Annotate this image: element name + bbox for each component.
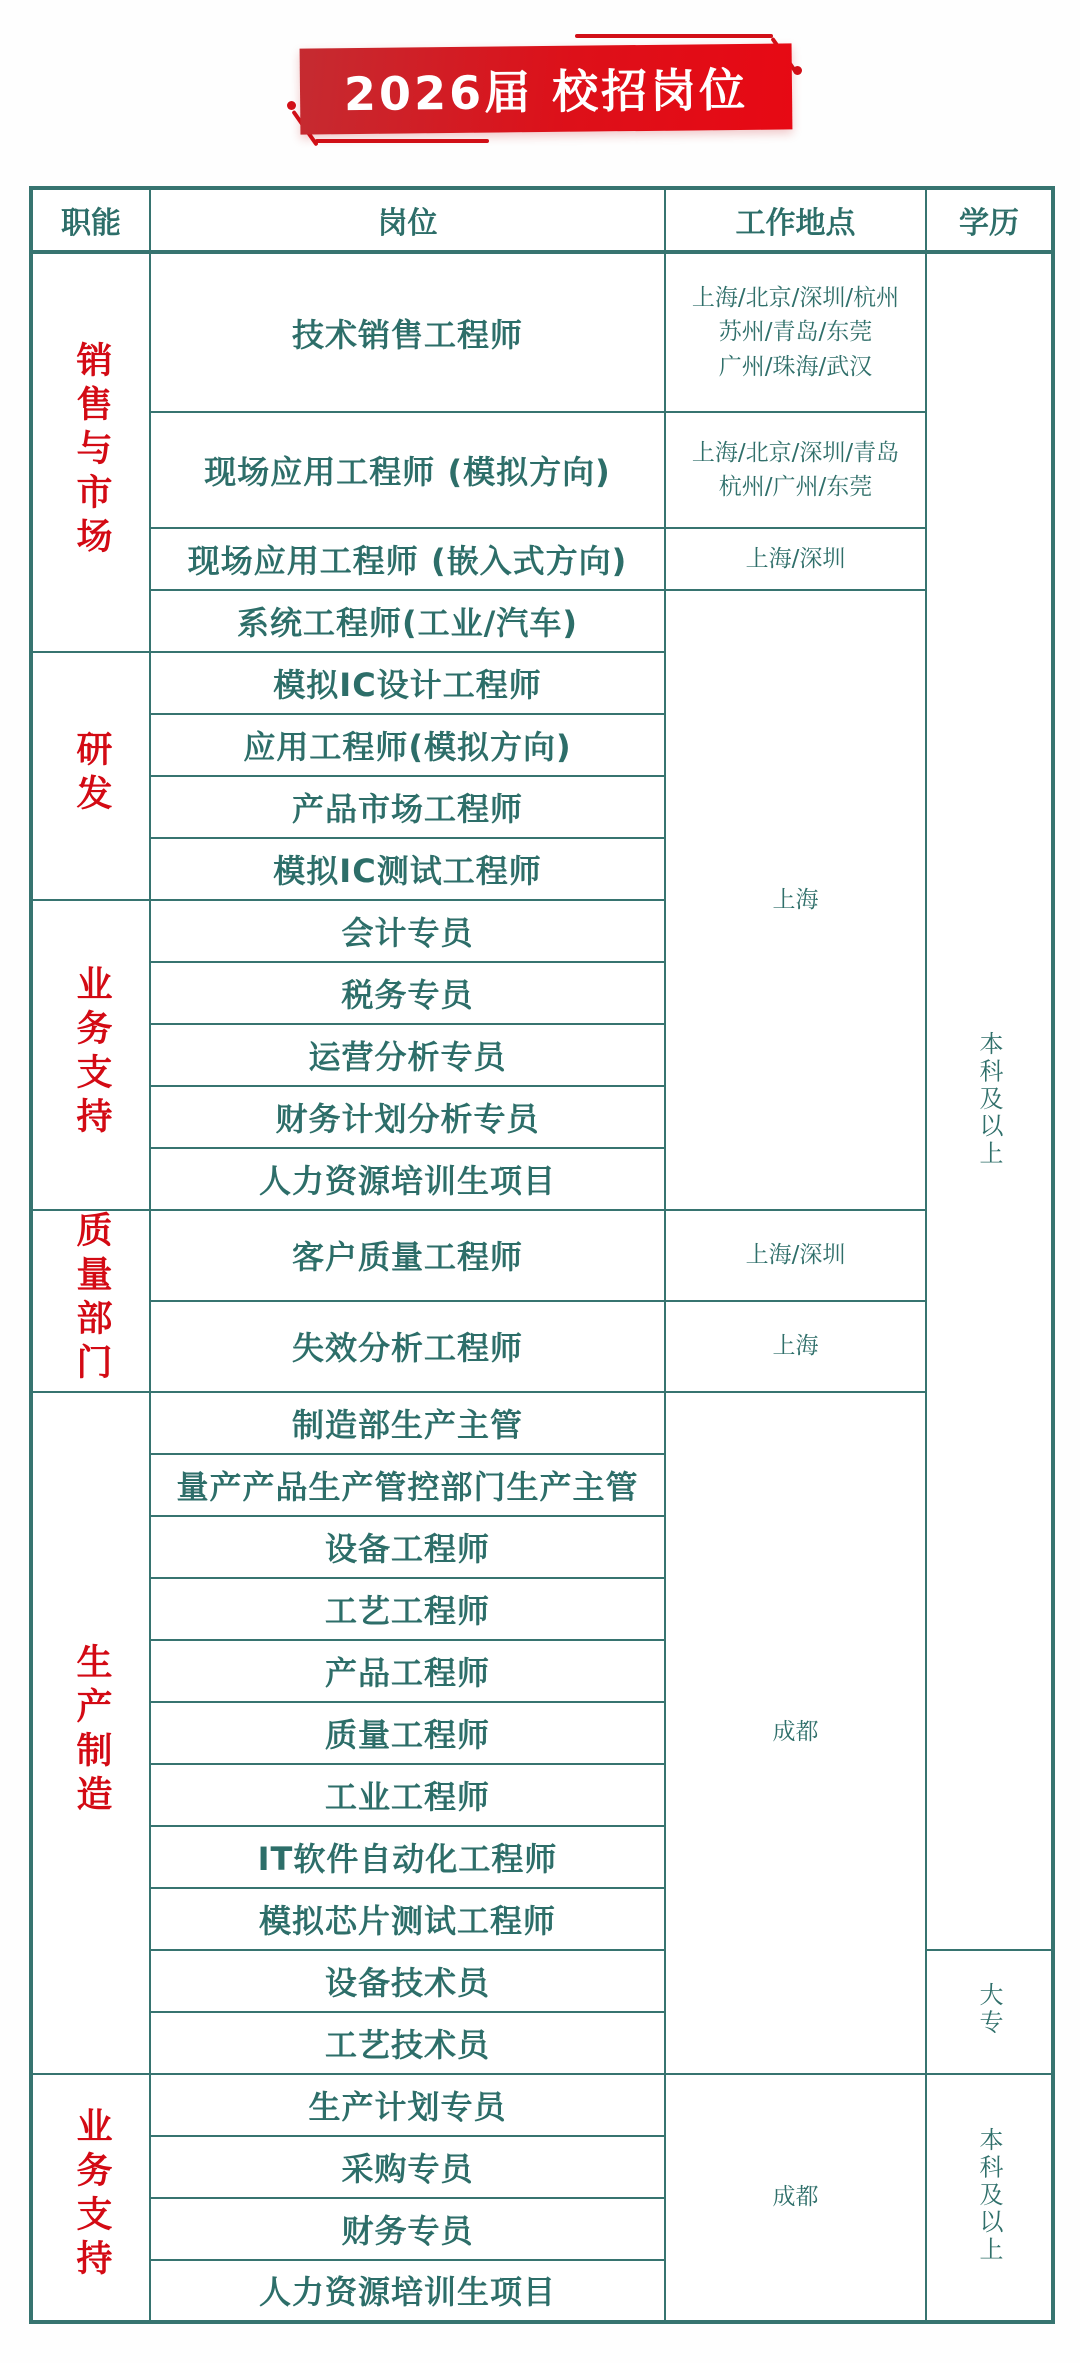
header-row: 职能岗位工作地点学历 bbox=[31, 188, 1053, 252]
position-cell: 现场应用工程师 (模拟方向) bbox=[150, 412, 665, 528]
table-header: 职能岗位工作地点学历 bbox=[31, 188, 1053, 252]
jobs-table: 职能岗位工作地点学历 销售与市场技术销售工程师上海/北京/深圳/杭州苏州/青岛/… bbox=[29, 186, 1055, 2324]
function-cell: 销售与市场 bbox=[31, 252, 150, 652]
poster-page: 2026届 校招岗位 职能岗位工作地点学历 销售与市场技术销售工程师上海/北京/… bbox=[0, 0, 1080, 2363]
location-cell: 上海 bbox=[665, 590, 926, 1210]
location-line: 上海 bbox=[670, 1329, 921, 1364]
location-line: 上海/北京/深圳/青岛 bbox=[670, 436, 921, 471]
location-cell: 上海/北京/深圳/杭州苏州/青岛/东莞广州/珠海/武汉 bbox=[665, 252, 926, 412]
table-row: 现场应用工程师 (嵌入式方向)上海/深圳 bbox=[31, 528, 1053, 590]
banner-accent-line-bottom bbox=[315, 139, 489, 143]
table-row: 业务支持生产计划专员成都本科及以上 bbox=[31, 2074, 1053, 2136]
location-line: 上海/深圳 bbox=[670, 1238, 921, 1273]
position-cell: 制造部生产主管 bbox=[150, 1392, 665, 1454]
location-cell: 上海/北京/深圳/青岛杭州/广州/东莞 bbox=[665, 412, 926, 528]
table-row: 生产制造制造部生产主管成都 bbox=[31, 1392, 1053, 1454]
location-cell: 上海 bbox=[665, 1301, 926, 1392]
position-cell: 产品市场工程师 bbox=[150, 776, 665, 838]
function-label: 质量部门 bbox=[73, 1211, 109, 1387]
function-cell: 生产制造 bbox=[31, 1392, 150, 2074]
page-title: 2026届 校招岗位 bbox=[344, 54, 749, 124]
location-line: 上海/北京/深圳/杭州 bbox=[670, 281, 921, 316]
function-label: 研发 bbox=[73, 730, 109, 818]
position-cell: 工艺工程师 bbox=[150, 1578, 665, 1640]
education-label: 大专 bbox=[977, 1982, 1001, 2037]
position-cell: 模拟IC设计工程师 bbox=[150, 652, 665, 714]
position-cell: 质量工程师 bbox=[150, 1702, 665, 1764]
position-cell: 设备技术员 bbox=[150, 1950, 665, 2012]
function-cell: 研发 bbox=[31, 652, 150, 900]
education-label: 本科及以上 bbox=[977, 2127, 1001, 2264]
title-banner: 2026届 校招岗位 bbox=[300, 43, 793, 134]
position-cell: 采购专员 bbox=[150, 2136, 665, 2198]
table-row: 失效分析工程师上海 bbox=[31, 1301, 1053, 1392]
location-line: 杭州/广州/东莞 bbox=[670, 470, 921, 505]
location-line: 苏州/青岛/东莞 bbox=[670, 315, 921, 350]
position-cell: 量产产品生产管控部门生产主管 bbox=[150, 1454, 665, 1516]
banner-accent-dot-top bbox=[793, 66, 802, 75]
location-line: 上海 bbox=[670, 883, 921, 918]
position-cell: 生产计划专员 bbox=[150, 2074, 665, 2136]
position-cell: IT软件自动化工程师 bbox=[150, 1826, 665, 1888]
location-line: 上海/深圳 bbox=[670, 542, 921, 577]
table-body: 销售与市场技术销售工程师上海/北京/深圳/杭州苏州/青岛/东莞广州/珠海/武汉本… bbox=[31, 252, 1053, 2322]
location-line: 成都 bbox=[670, 2180, 921, 2215]
position-cell: 财务专员 bbox=[150, 2198, 665, 2260]
position-cell: 失效分析工程师 bbox=[150, 1301, 665, 1392]
banner-accent-dot-bottom bbox=[287, 101, 296, 110]
header-cell: 学历 bbox=[926, 188, 1053, 252]
position-cell: 税务专员 bbox=[150, 962, 665, 1024]
function-cell: 质量部门 bbox=[31, 1210, 150, 1392]
education-cell: 本科及以上 bbox=[926, 252, 1053, 1950]
function-cell: 业务支持 bbox=[31, 900, 150, 1210]
table-row: 销售与市场技术销售工程师上海/北京/深圳/杭州苏州/青岛/东莞广州/珠海/武汉本… bbox=[31, 252, 1053, 412]
position-cell: 模拟芯片测试工程师 bbox=[150, 1888, 665, 1950]
location-cell: 成都 bbox=[665, 1392, 926, 2074]
table-row: 系统工程师(工业/汽车)上海 bbox=[31, 590, 1053, 652]
education-cell: 本科及以上 bbox=[926, 2074, 1053, 2322]
position-cell: 运营分析专员 bbox=[150, 1024, 665, 1086]
position-cell: 工艺技术员 bbox=[150, 2012, 665, 2074]
education-label: 本科及以上 bbox=[977, 1031, 1001, 1168]
location-cell: 上海/深圳 bbox=[665, 1210, 926, 1301]
table-row: 质量部门客户质量工程师上海/深圳 bbox=[31, 1210, 1053, 1301]
position-cell: 人力资源培训生项目 bbox=[150, 1148, 665, 1210]
position-cell: 工业工程师 bbox=[150, 1764, 665, 1826]
position-cell: 人力资源培训生项目 bbox=[150, 2260, 665, 2322]
position-cell: 设备工程师 bbox=[150, 1516, 665, 1578]
position-cell: 系统工程师(工业/汽车) bbox=[150, 590, 665, 652]
position-cell: 客户质量工程师 bbox=[150, 1210, 665, 1301]
function-cell: 业务支持 bbox=[31, 2074, 150, 2322]
location-cell: 上海/深圳 bbox=[665, 528, 926, 590]
banner-accent-line-top bbox=[575, 34, 773, 38]
header-cell: 岗位 bbox=[150, 188, 665, 252]
position-cell: 技术销售工程师 bbox=[150, 252, 665, 412]
header-cell: 工作地点 bbox=[665, 188, 926, 252]
table-row: 现场应用工程师 (模拟方向)上海/北京/深圳/青岛杭州/广州/东莞 bbox=[31, 412, 1053, 528]
location-cell: 成都 bbox=[665, 2074, 926, 2322]
position-cell: 财务计划分析专员 bbox=[150, 1086, 665, 1148]
function-label: 生产制造 bbox=[73, 1643, 109, 1819]
function-label: 业务支持 bbox=[73, 2107, 109, 2283]
function-label: 销售与市场 bbox=[73, 341, 109, 561]
position-cell: 现场应用工程师 (嵌入式方向) bbox=[150, 528, 665, 590]
header-cell: 职能 bbox=[31, 188, 150, 252]
position-cell: 应用工程师(模拟方向) bbox=[150, 714, 665, 776]
education-cell: 大专 bbox=[926, 1950, 1053, 2074]
position-cell: 模拟IC测试工程师 bbox=[150, 838, 665, 900]
location-line: 广州/珠海/武汉 bbox=[670, 350, 921, 385]
function-label: 业务支持 bbox=[73, 965, 109, 1141]
position-cell: 产品工程师 bbox=[150, 1640, 665, 1702]
position-cell: 会计专员 bbox=[150, 900, 665, 962]
location-line: 成都 bbox=[670, 1715, 921, 1750]
